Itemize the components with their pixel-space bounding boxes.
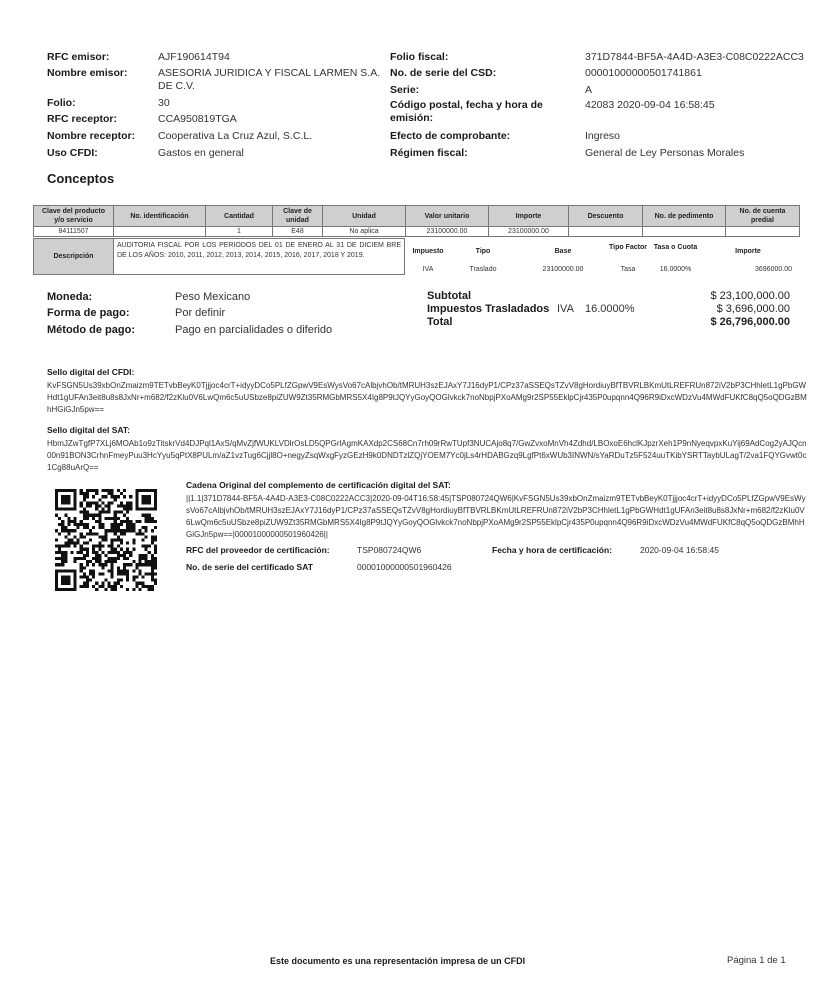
efecto-row: Efecto de comprobante: Ingreso	[390, 130, 620, 143]
moneda-row: Moneda: Peso Mexicano	[47, 291, 250, 303]
cp-fecha-row: Código postal, fecha y hora de emisión: …	[390, 99, 715, 125]
efecto-value: Ingreso	[585, 130, 620, 143]
forma-pago-row: Forma de pago: Por definir	[47, 307, 225, 319]
forma-pago-value: Por definir	[175, 307, 225, 319]
metodo-pago-row: Método de pago: Pago en parcialidades o …	[47, 324, 332, 336]
rfc-receptor-value: CCA950819TGA	[158, 113, 388, 126]
regimen-label: Régimen fiscal:	[390, 147, 585, 160]
impuesto-tasa: 16.0000%	[585, 303, 635, 315]
metodo-pago-value: Pago en parcialidades o diferido	[175, 324, 332, 336]
column-header: Unidad	[323, 206, 406, 227]
table-cell: 23100000.00	[489, 227, 569, 237]
impuesto-cell: IVA	[408, 266, 448, 273]
impuestos-trasladados-value: $ 3,696,000.00	[717, 303, 790, 315]
conceptos-title: Conceptos	[47, 171, 114, 186]
folio-fiscal-row: Folio fiscal: 371D7844-BF5A-4A4D-A3E3-C0…	[390, 51, 804, 64]
table-cell: 1	[206, 227, 273, 237]
conceptos-header-row: Clave del producto y/o servicioNo. ident…	[34, 206, 800, 227]
impuesto-column-header: Impuesto	[408, 247, 448, 256]
uso-cfdi-value: Gastos en general	[158, 147, 388, 160]
serie-row: Serie: A	[390, 84, 592, 97]
efecto-label: Efecto de comprobante:	[390, 130, 585, 143]
descripcion-text: AUDITORIA FISCAL POR LOS PERIODOS DEL 01…	[114, 239, 404, 274]
rfc-receptor-label: RFC receptor:	[47, 113, 158, 126]
metodo-pago-label: Método de pago:	[47, 324, 175, 336]
page-number: Página 1 de 1	[727, 955, 786, 966]
footer-note: Este documento es una representación imp…	[270, 956, 525, 966]
table-cell: 23100000.00	[406, 227, 489, 237]
serie-csd-row: No. de serie del CSD: 000010000005017418…	[390, 67, 702, 80]
folio-fiscal-label: Folio fiscal:	[390, 51, 585, 64]
table-cell	[643, 227, 726, 237]
descripcion-box: Descripción AUDITORIA FISCAL POR LOS PER…	[33, 238, 405, 275]
impuestos-header: ImpuestoTipoBaseTipo FactorTasa o CuotaI…	[408, 243, 798, 263]
column-header: Cantidad	[206, 206, 273, 227]
serie-certificado-sat-label: No. de serie del certificado SAT	[186, 562, 313, 572]
cp-fecha-label: Código postal, fecha y hora de emisión:	[390, 99, 550, 125]
sello-cfdi-label: Sello digital del CFDI:	[47, 367, 134, 377]
table-cell	[569, 227, 643, 237]
nombre-emisor-label: Nombre emisor:	[47, 67, 158, 93]
impuesto-column-header: Tipo	[463, 247, 503, 256]
moneda-label: Moneda:	[47, 291, 175, 303]
column-header: Descuento	[569, 206, 643, 227]
moneda-value: Peso Mexicano	[175, 291, 250, 303]
column-header: No. de cuenta predial	[726, 206, 800, 227]
rfc-emisor-row: RFC emisor: AJF190614T94	[47, 51, 388, 64]
impuesto-column-header: Importe	[708, 247, 788, 256]
sello-sat-label: Sello digital del SAT:	[47, 425, 130, 435]
sello-sat-value: HbmJZwTgfP7XLj6MOAb1o9zTitskrVd4DJPql1Ax…	[47, 438, 807, 474]
impuesto-cell: 16.0000%	[653, 266, 698, 273]
forma-pago-label: Forma de pago:	[47, 307, 175, 319]
impuesto-cell: 23100000.00	[528, 266, 598, 273]
fecha-certificacion-value: 2020-09-04 16:58:45	[640, 545, 719, 555]
serie-value: A	[585, 84, 592, 97]
serie-certificado-sat-value: 00001000000501960426	[357, 562, 452, 572]
nombre-receptor-value: Cooperativa La Cruz Azul, S.C.L.	[158, 130, 388, 143]
subtotal-value: $ 23,100,000.00	[710, 290, 790, 302]
impuestos-row: IVATraslado23100000.00Tasa16.0000%369600…	[408, 266, 798, 276]
rfc-proveedor-value: TSP080724QW6	[357, 545, 421, 555]
serie-label: Serie:	[390, 84, 585, 97]
table-row: 841115071E48No aplica23100000.0023100000…	[34, 227, 800, 237]
regimen-row: Régimen fiscal: General de Ley Personas …	[390, 147, 744, 160]
fecha-certificacion-label: Fecha y hora de certificación:	[492, 545, 612, 555]
impuesto-cell: Traslado	[463, 266, 503, 273]
table-cell: No aplica	[323, 227, 406, 237]
nombre-receptor-label: Nombre receptor:	[47, 130, 158, 143]
cadena-original-label: Cadena Original del complemento de certi…	[186, 480, 451, 490]
impuesto-tipo: IVA	[557, 303, 574, 315]
total-value: $ 26,796,000.00	[710, 316, 790, 328]
conceptos-table: Clave del producto y/o servicioNo. ident…	[33, 205, 800, 237]
column-header: Importe	[489, 206, 569, 227]
rfc-proveedor-label: RFC del proveedor de certificación:	[186, 545, 330, 555]
folio-fiscal-value: 371D7844-BF5A-4A4D-A3E3-C08C0222ACC3	[585, 51, 804, 64]
folio-row: Folio: 30	[47, 97, 388, 110]
cp-fecha-value: 42083 2020-09-04 16:58:45	[585, 99, 715, 125]
table-cell	[114, 227, 206, 237]
subtotal-label: Subtotal	[427, 290, 471, 302]
table-cell	[726, 227, 800, 237]
nombre-emisor-row: Nombre emisor: ASESORIA JURIDICA Y FISCA…	[47, 67, 388, 93]
rfc-receptor-row: RFC receptor: CCA950819TGA	[47, 113, 388, 126]
serie-csd-label: No. de serie del CSD:	[390, 67, 585, 80]
serie-csd-value: 00001000000501741861	[585, 67, 702, 80]
uso-cfdi-row: Uso CFDI: Gastos en general	[47, 147, 388, 160]
column-header: Clave del producto y/o servicio	[34, 206, 114, 227]
impuesto-column-header: Base	[528, 247, 598, 256]
column-header: No. identificación	[114, 206, 206, 227]
impuesto-column-header: Tipo Factor	[608, 243, 648, 252]
column-header: Clave de unidad	[273, 206, 323, 227]
nombre-receptor-row: Nombre receptor: Cooperativa La Cruz Azu…	[47, 130, 388, 143]
total-label: Total	[427, 316, 452, 328]
impuestos-trasladados-label: Impuestos Trasladados	[427, 303, 549, 315]
folio-label: Folio:	[47, 97, 158, 110]
table-cell: E48	[273, 227, 323, 237]
table-cell: 84111507	[34, 227, 114, 237]
impuesto-column-header: Tasa o Cuota	[653, 243, 698, 252]
rfc-emisor-value: AJF190614T94	[158, 51, 388, 64]
column-header: No. de pedimento	[643, 206, 726, 227]
uso-cfdi-label: Uso CFDI:	[47, 147, 158, 160]
cadena-original-value: ||1.1|371D7844-BF5A-4A4D-A3E3-C08C0222AC…	[186, 493, 806, 541]
nombre-emisor-value: ASESORIA JURIDICA Y FISCAL LARMEN S.A. D…	[158, 67, 388, 93]
sello-cfdi-value: KvFSGN5Us39xbOnZmaizm9TETvbBeyK0Tjjjoc4c…	[47, 380, 807, 416]
column-header: Valor unitario	[406, 206, 489, 227]
folio-value: 30	[158, 97, 388, 110]
impuesto-cell: Tasa	[608, 266, 648, 273]
regimen-value: General de Ley Personas Morales	[585, 147, 744, 160]
rfc-emisor-label: RFC emisor:	[47, 51, 158, 64]
descripcion-label: Descripción	[34, 239, 114, 274]
impuesto-cell: 3696000.00	[708, 266, 792, 273]
qr-code	[55, 489, 157, 591]
